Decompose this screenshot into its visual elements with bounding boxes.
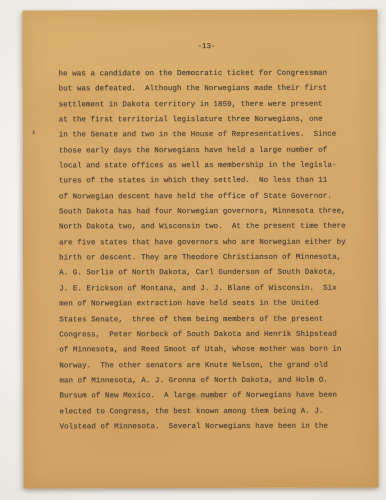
page-number: -13- — [197, 43, 215, 51]
text-line: Volstead of Minnesota. Several Norwegian… — [59, 419, 359, 435]
text-line: South Dakota has had four Norwegian gove… — [59, 205, 359, 221]
text-line: birth or descent. They are Theodore Chri… — [59, 251, 359, 267]
document-body-text: he was a candidate on the Democratic tic… — [59, 67, 360, 436]
text-line: Norway. The other senators are Knute Nel… — [59, 358, 359, 374]
typewritten-document-page: -13- he was a candidate on the Democrati… — [22, 10, 378, 489]
ink-speck — [33, 130, 35, 134]
text-line: A. G. Sorlie of North Dakota, Carl Gunde… — [59, 266, 359, 282]
text-line: local and state offices as well as membe… — [59, 159, 359, 175]
text-line: those early days the Norwegians have hel… — [59, 143, 359, 159]
text-line: in the Senate and two in the House of Re… — [59, 128, 359, 144]
text-line: Congress, Peter Norbeck of South Dakota … — [59, 327, 359, 343]
text-line: are five states that have governors who … — [59, 235, 359, 251]
scan-background: -13- he was a candidate on the Democrati… — [0, 0, 386, 500]
text-line: men of Norwegian extraction have held se… — [59, 297, 359, 313]
text-line: settlement in Dakota territory in 1859, … — [59, 97, 359, 113]
erasure-smudge — [183, 394, 225, 400]
text-line: of Minnesota, and Reed Smoot of Utah, wh… — [59, 343, 359, 359]
text-line: man of Minnesota, A. J. Gronna of North … — [59, 373, 359, 389]
text-line: he was a candidate on the Democratic tic… — [59, 67, 359, 83]
text-line: North Dakota two, and Wisconsin two. At … — [59, 220, 359, 236]
text-line: of Norwegian descent have held the offic… — [59, 189, 359, 205]
text-line: J. E. Erickson of Montana, and J. J. Bla… — [59, 281, 359, 297]
text-line: tures of the states in which they settle… — [59, 174, 359, 190]
text-line: elected to Congress, the best known amon… — [59, 404, 359, 420]
text-line: at the first territorial legislature thr… — [59, 113, 359, 129]
text-line: but was defeated. Although the Norwegian… — [59, 82, 359, 98]
text-line: States Senate, three of them being membe… — [59, 312, 359, 328]
